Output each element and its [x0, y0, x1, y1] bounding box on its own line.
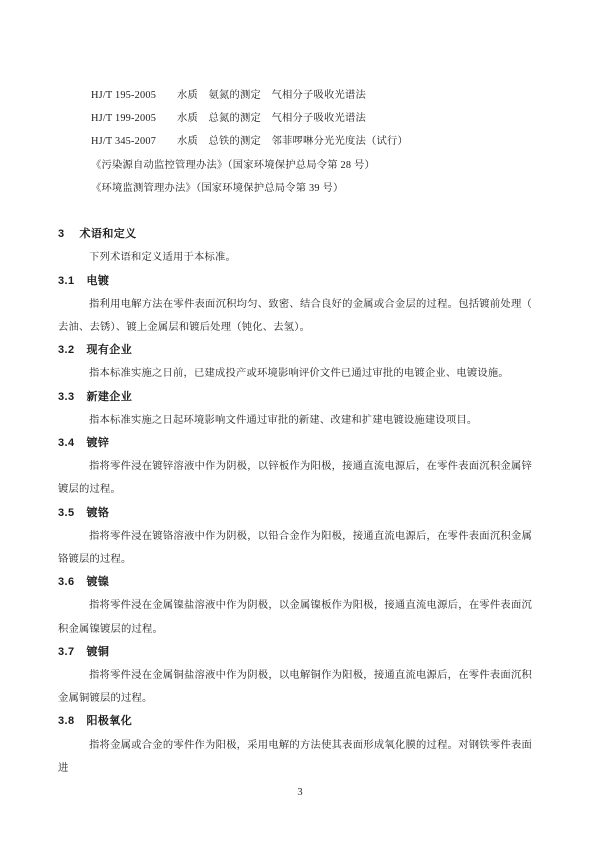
reference-item: HJ/T 199-2005 水质 总氮的测定 气相分子吸收光谱法 — [58, 107, 532, 130]
term-number: 3.3 — [58, 391, 75, 403]
term-number: 3.5 — [58, 507, 75, 519]
reference-item: 《环境监测管理办法》（国家环境保护总局令第 39 号） — [58, 177, 532, 200]
reference-list: HJ/T 195-2005 水质 氨氮的测定 气相分子吸收光谱法HJ/T 199… — [58, 84, 532, 200]
section-number: 3 — [58, 228, 65, 240]
term-number: 3.2 — [58, 344, 75, 356]
term-number: 3.8 — [58, 715, 75, 727]
term-definition: 指本标准实施之日起环境影响文件通过审批的新建、改建和扩建电镀设施建设项目。 — [58, 409, 532, 432]
term-number: 3.6 — [58, 576, 75, 588]
term-definition: 指利用电解方法在零件表面沉积均匀、致密、结合良好的金属或合金层的过程。包括镀前处… — [58, 293, 532, 339]
term-definition: 指将零件浸在金属铜盐溶液中作为阴极，以电解铜作为阳极，接通直流电源后，在零件表面… — [58, 664, 532, 710]
section-intro: 下列术语和定义适用于本标准。 — [58, 246, 532, 269]
term-heading: 3.7镀铜 — [58, 641, 532, 664]
page-content: HJ/T 195-2005 水质 氨氮的测定 气相分子吸收光谱法HJ/T 199… — [58, 0, 532, 780]
term-heading: 3.3新建企业 — [58, 386, 532, 409]
term-title: 现有企业 — [87, 344, 133, 356]
term-title: 电镀 — [87, 275, 110, 287]
term-definition: 指将零件浸在金属镍盐溶液中作为阴极，以金属镍板作为阳极，接通直流电源后，在零件表… — [58, 594, 532, 640]
term-title: 阳极氧化 — [87, 715, 133, 727]
reference-item: HJ/T 195-2005 水质 氨氮的测定 气相分子吸收光谱法 — [58, 84, 532, 107]
term-title: 镀铜 — [87, 646, 110, 658]
term-heading: 3.6镀镍 — [58, 571, 532, 594]
term-title: 镀镍 — [87, 576, 110, 588]
term-number: 3.7 — [58, 646, 75, 658]
term-definition: 指将零件浸在镀铬溶液中作为阴极，以铅合金作为阳极，接通直流电源后，在零件表面沉积… — [58, 525, 532, 571]
term-heading: 3.8阳极氧化 — [58, 710, 532, 733]
term-definition: 指本标准实施之日前，已建成投产或环境影响评价文件已通过审批的电镀企业、电镀设施。 — [58, 362, 532, 385]
term-title: 新建企业 — [87, 391, 133, 403]
reference-item: HJ/T 345-2007 水质 总铁的测定 邻菲啰啉分光光度法（试行） — [58, 130, 532, 153]
term-heading: 3.1电镀 — [58, 270, 532, 293]
reference-item: 《污染源自动监控管理办法》（国家环境保护总局令第 28 号） — [58, 154, 532, 177]
section-heading: 3术语和定义 — [58, 223, 532, 246]
term-heading: 3.4镀锌 — [58, 432, 532, 455]
document-page: HJ/T 195-2005 水质 氨氮的测定 气相分子吸收光谱法HJ/T 199… — [0, 0, 600, 848]
blank-line — [58, 200, 532, 223]
section-title: 术语和定义 — [80, 228, 137, 240]
term-number: 3.4 — [58, 437, 75, 449]
term-heading: 3.5镀铬 — [58, 502, 532, 525]
term-definition: 指将零件浸在镀锌溶液中作为阴极，以锌板作为阳极，接通直流电源后，在零件表面沉积金… — [58, 455, 532, 501]
term-title: 镀锌 — [87, 437, 110, 449]
term-number: 3.1 — [58, 275, 75, 287]
terms-list: 3.1电镀指利用电解方法在零件表面沉积均匀、致密、结合良好的金属或合金层的过程。… — [58, 270, 532, 780]
page-number: 3 — [0, 781, 600, 804]
term-definition: 指将金属或合金的零件作为阳极，采用电解的方法使其表面形成氧化膜的过程。对钢铁零件… — [58, 734, 532, 780]
term-title: 镀铬 — [87, 507, 110, 519]
term-heading: 3.2现有企业 — [58, 339, 532, 362]
